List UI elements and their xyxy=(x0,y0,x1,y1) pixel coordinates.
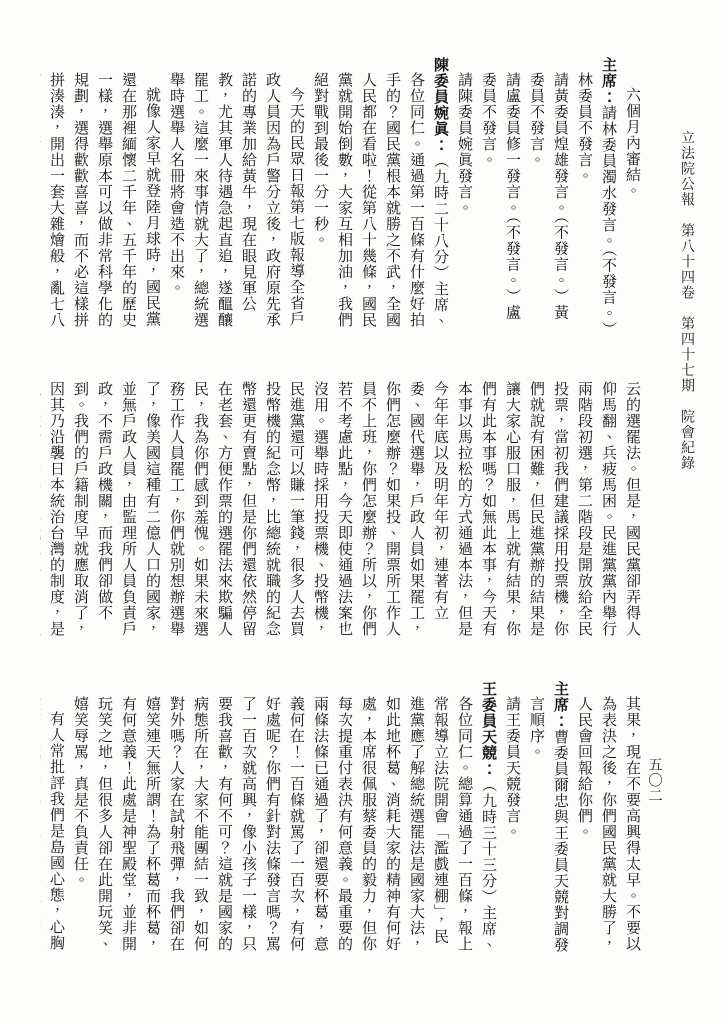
speaker-name: 主席： xyxy=(600,57,616,105)
speech-text: 有人常批評我們是島國心態，心胸狹窄。我常覺得國家一定要擺在黨之上， xyxy=(40,696,64,952)
paragraph: 有人常批評我們是島國心態，心胸狹窄。我常覺得國家一定要擺在黨之上， xyxy=(40,681,68,958)
speaker-name: 主席： xyxy=(552,681,568,729)
paragraph: 其果，現在不要高興得太早。不要以為表決之後，你們國民黨就大勝了，人民會回報給你們… xyxy=(572,681,644,958)
paragraph: 主席：曹委員爾忠與王委員天競對調發言順序。 xyxy=(524,681,572,958)
paragraph: 六個月內審結。 xyxy=(620,57,644,334)
running-header: 立法院公報 第八十四卷 第四十七期 院會紀錄 xyxy=(676,130,696,490)
text-tier-lower: 其果，現在不要高興得太早。不要以為表決之後，你們國民黨就大勝了，人民會回報給你們… xyxy=(40,681,644,958)
running-header-title: 立法院公報 xyxy=(679,130,694,208)
speech-text: 請林委員濁水發言。（不發言。）林委員不發言。 xyxy=(576,72,616,330)
speech-text: 今天的民眾日報第七版報導全省戶政人員因為戶警分立後，政府原先承諾的專業加給黃牛，… xyxy=(168,72,304,328)
speech-text: 請黃委員煌雄發言。（不發言。）黃委員不發言。 xyxy=(528,72,568,321)
speech-text: 曹委員爾忠與王委員天競對調發言順序。 xyxy=(528,696,568,953)
speaker-name: 陳委員婉眞： xyxy=(432,57,448,153)
speech-text: 其果，現在不要高興得太早。不要以為表決之後，你們國民黨就大勝了，人民會回報給你們… xyxy=(576,696,640,952)
paragraph: 王委員天競：（九時三十三分）主席、各位同仁。總算通過了一百條，報上常報導立法院開… xyxy=(68,681,500,958)
text-tier-upper: 六個月內審結。 主席：請林委員濁水發言。（不發言。）林委員不發言。 請黃委員煌雄… xyxy=(40,57,644,334)
paragraph: 請黃委員煌雄發言。（不發言。）黃委員不發言。 xyxy=(524,57,572,334)
paragraph: 今天的民眾日報第七版報導全省戶政人員因為戶警分立後，政府原先承諾的專業加給黃牛，… xyxy=(164,57,308,334)
paragraph: 請陳委員婉眞發言。 xyxy=(452,57,476,334)
speech-text: （九時二十八分）主席、各位同仁。通過第一百條有什麼好拍手的？國民黨根本就勝之不武… xyxy=(312,72,448,329)
speech-text: 六個月內審結。 xyxy=(624,87,640,199)
paragraph: 主席：請林委員濁水發言。（不發言。）林委員不發言。 xyxy=(572,57,620,334)
running-header-issue: 第四十七期 xyxy=(679,316,694,394)
paragraph: 請王委員天競發言。 xyxy=(500,681,524,958)
text-tier-middle: 云的選罷法。但是，國民黨卻弄得人仰馬翻、兵疲馬困。民進黨黨內舉行兩階段初選，第二… xyxy=(40,366,644,648)
paragraph: 請盧委員修一發言。（不發言。）盧委員不發言。 xyxy=(476,57,524,334)
paragraph: 就像人家早就登陸月球時，國民黨還在那裡緬懷二千年、五千年的歷史一樣，選舉原本可以… xyxy=(40,57,164,334)
paragraph: 陳委員婉眞：（九時二十八分）主席、各位同仁。通過第一百條有什麼好拍手的？國民黨根… xyxy=(308,57,452,334)
running-header-volume: 第八十四卷 xyxy=(679,223,694,301)
speech-text: 云的選罷法。但是，國民黨卻弄得人仰馬翻、兵疲馬困。民進黨黨內舉行兩階段初選，第二… xyxy=(40,381,640,637)
speech-text: （九時三十三分）主席、各位同仁。總算通過了一百條，報上常報導立法院開會「濫戲連棚… xyxy=(72,696,496,953)
gazette-page: 立法院公報 第八十四卷 第四十七期 院會紀錄 五〇二 六個月內審結。 主席：請林… xyxy=(0,0,726,1024)
speech-text: 請盧委員修一發言。（不發言。）盧委員不發言。 xyxy=(480,72,520,321)
paragraph: 云的選罷法。但是，國民黨卻弄得人仰馬翻、兵疲馬困。民進黨黨內舉行兩階段初選，第二… xyxy=(40,366,644,648)
speech-text: 就像人家早就登陸月球時，國民黨還在那裡緬懷二千年、五千年的歷史一樣，選舉原本可以… xyxy=(40,72,160,328)
page-number: 五〇二 xyxy=(644,757,665,804)
speech-text: 請陳委員婉眞發言。 xyxy=(456,72,472,216)
speech-text: 請王委員天競發言。 xyxy=(504,696,520,840)
running-header-section: 院會紀錄 xyxy=(679,409,694,471)
speaker-name: 王委員天競： xyxy=(480,681,496,777)
